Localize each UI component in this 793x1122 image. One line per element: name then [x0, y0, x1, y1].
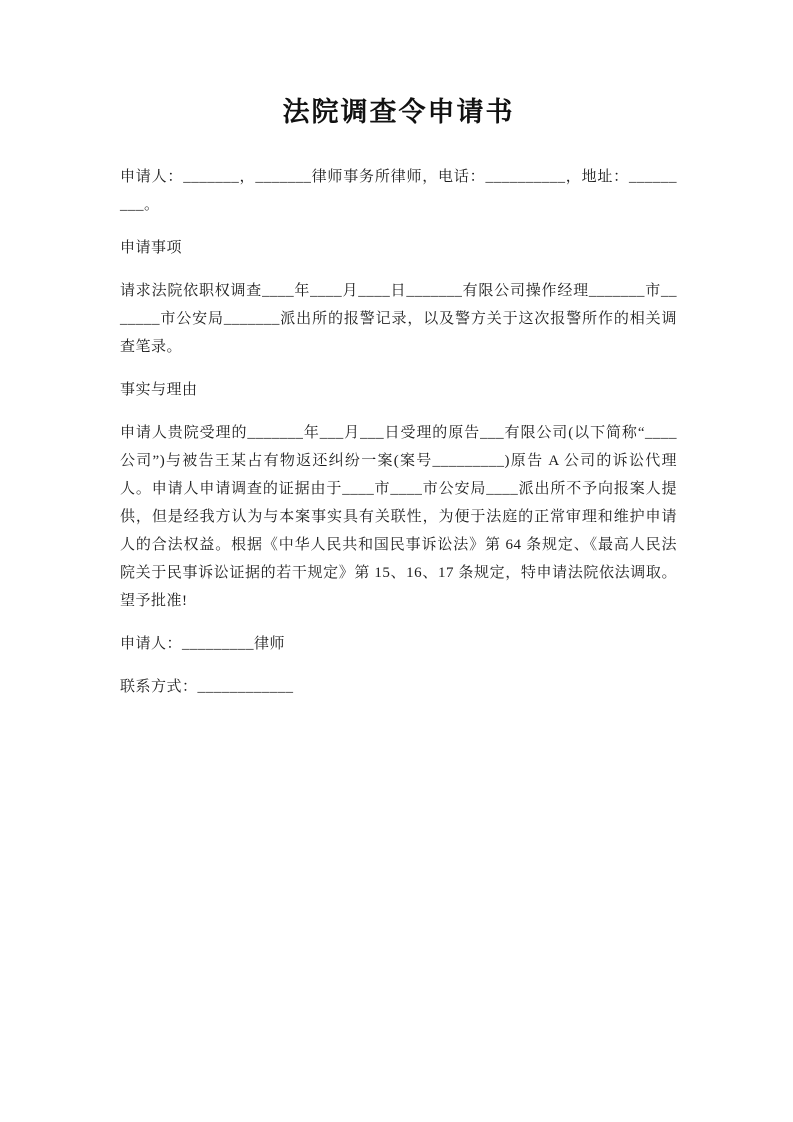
signature-line: 申请人：_________律师 — [120, 630, 677, 658]
section-facts-body: 申请人贵院受理的_______年___月___日受理的原告___有限公司(以下简… — [120, 419, 677, 615]
contact-line: 联系方式：____________ — [120, 673, 677, 701]
document-title: 法院调查令申请书 — [120, 93, 677, 131]
section-facts-heading: 事实与理由 — [120, 376, 677, 404]
document-content: 法院调查令申请书 申请人：_______，_______律师事务所律师，电话：_… — [0, 0, 793, 701]
applicant-intro-paragraph: 申请人：_______，_______律师事务所律师，电话：__________… — [120, 163, 677, 219]
document-page: 法院调查令申请书 申请人：_______，_______律师事务所律师，电话：_… — [0, 0, 793, 1122]
section-request-heading: 申请事项 — [120, 234, 677, 262]
section-request-body: 请求法院依职权调查____年____月____日_______有限公司操作经理_… — [120, 277, 677, 361]
